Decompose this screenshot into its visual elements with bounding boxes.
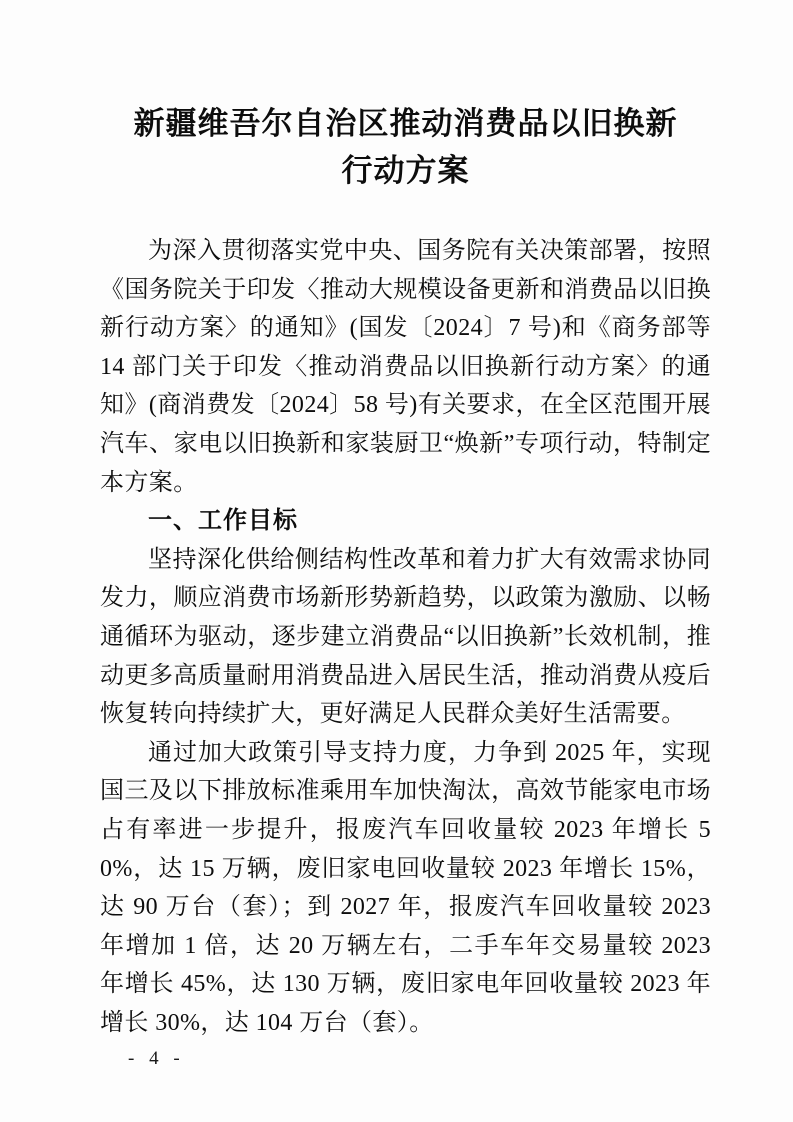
section-heading-work-goals: 一、工作目标 (100, 502, 711, 541)
paragraph-goals-overview: 坚持深化供给侧结构性改革和着力扩大有效需求协同发力，顺应消费市场新形势新趋势，以… (100, 541, 711, 734)
document-title-line-1: 新疆维吾尔自治区推动消费品以旧换新 (100, 100, 711, 147)
page-number: - 4 - (128, 1048, 185, 1070)
document-title: 新疆维吾尔自治区推动消费品以旧换新 行动方案 (100, 100, 711, 194)
paragraph-goals-targets: 通过加大政策引导支持力度，力争到 2025 年，实现国三及以下排放标准乘用车加快… (100, 734, 711, 1043)
document-page: 新疆维吾尔自治区推动消费品以旧换新 行动方案 为深入贯彻落实党中央、国务院有关决… (0, 0, 793, 1122)
document-body: 为深入贯彻落实党中央、国务院有关决策部署，按照《国务院关于印发〈推动大规模设备更… (100, 232, 711, 1042)
document-title-line-2: 行动方案 (100, 147, 711, 194)
document-content: 新疆维吾尔自治区推动消费品以旧换新 行动方案 为深入贯彻落实党中央、国务院有关决… (0, 0, 793, 1042)
paragraph-intro: 为深入贯彻落实党中央、国务院有关决策部署，按照《国务院关于印发〈推动大规模设备更… (100, 232, 711, 502)
